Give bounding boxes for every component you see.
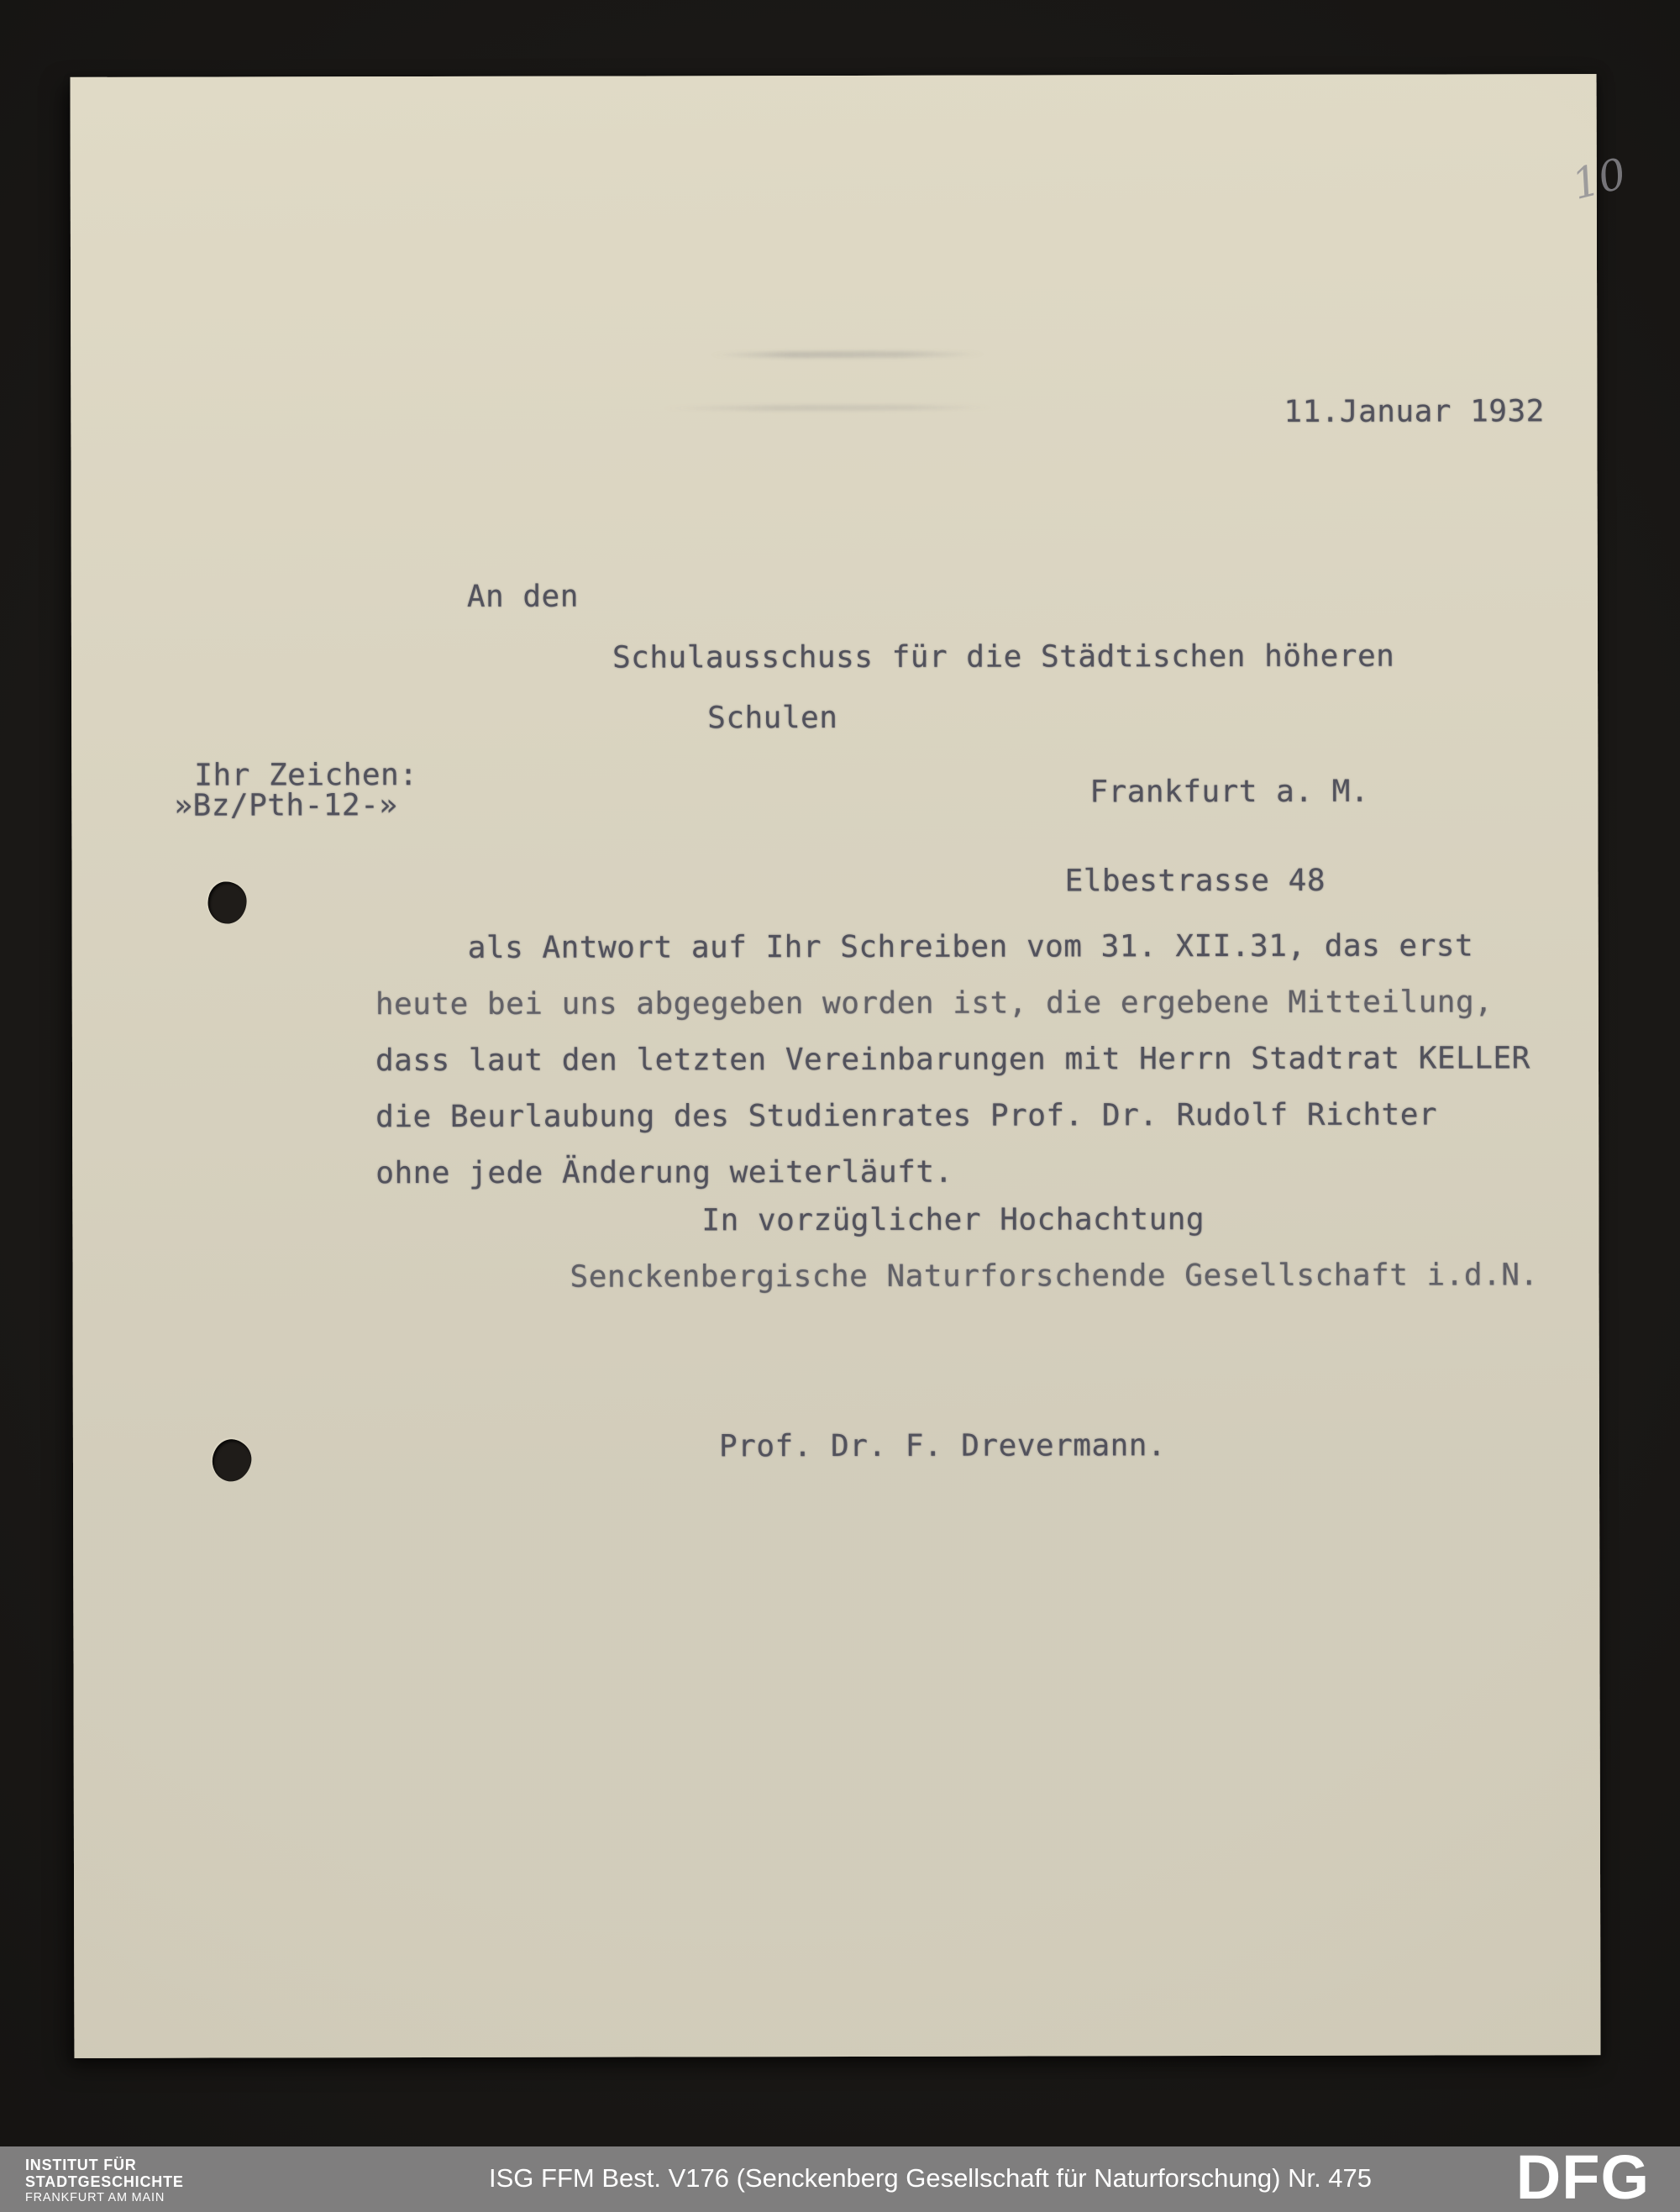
punch-hole bbox=[208, 881, 247, 923]
page-number-annotation: 10 bbox=[1567, 149, 1631, 209]
scanned-letter-page: 10 11.Januar 1932 An den Schulausschuss … bbox=[71, 74, 1601, 2058]
bleed-through-smudge bbox=[659, 405, 995, 412]
address-city: Frankfurt a. M. bbox=[1089, 777, 1369, 808]
archive-footer-bar: INSTITUT FÜR STADTGESCHICHTE FRANKFURT A… bbox=[0, 2146, 1680, 2212]
scan-background: 10 11.Januar 1932 An den Schulausschuss … bbox=[0, 0, 1680, 2212]
reference-label: Ihr Zeichen: bbox=[194, 760, 417, 791]
reference-value: »Bz/Pth-12-» bbox=[174, 791, 397, 822]
punch-hole bbox=[208, 1436, 255, 1484]
body-line: die Beurlaubung des Studienrates Prof. D… bbox=[375, 1100, 1437, 1132]
archive-reference-text: ISG FFM Best. V176 (Senckenberg Gesellsc… bbox=[489, 2163, 1372, 2194]
institute-logo-line3: FRANKFURT AM MAIN bbox=[25, 2191, 184, 2204]
body-line: heute bei uns abgegeben worden ist, die … bbox=[375, 987, 1494, 1020]
institute-logo-line2: STADTGESCHICHTE bbox=[25, 2173, 184, 2190]
address-street: Elbestrasse 48 bbox=[1065, 866, 1326, 897]
closing-line-1: In vorzüglicher Hochachtung bbox=[701, 1205, 1205, 1236]
body-line: dass laut den letzten Vereinbarungen mit… bbox=[375, 1043, 1530, 1076]
body-line: ohne jede Änderung weiterläuft. bbox=[375, 1158, 953, 1189]
letter-date: 11.Januar 1932 bbox=[1284, 397, 1545, 428]
institute-logo-line1: INSTITUT FÜR bbox=[25, 2157, 184, 2173]
salutation-line: An den bbox=[467, 582, 579, 612]
signature-line: Prof. Dr. F. Drevermann. bbox=[719, 1431, 1166, 1462]
addressee-line-2: Schulen bbox=[707, 703, 837, 733]
addressee-line-1: Schulausschuss für die Städtischen höher… bbox=[612, 642, 1394, 674]
dfg-logo: DFG bbox=[1516, 2145, 1650, 2210]
closing-line-2: Senckenbergische Naturforschende Gesells… bbox=[570, 1260, 1538, 1292]
body-line: als Antwort auf Ihr Schreiben vom 31. XI… bbox=[468, 931, 1473, 964]
institute-logo: INSTITUT FÜR STADTGESCHICHTE FRANKFURT A… bbox=[25, 2157, 184, 2205]
bleed-through-smudge bbox=[709, 351, 986, 359]
